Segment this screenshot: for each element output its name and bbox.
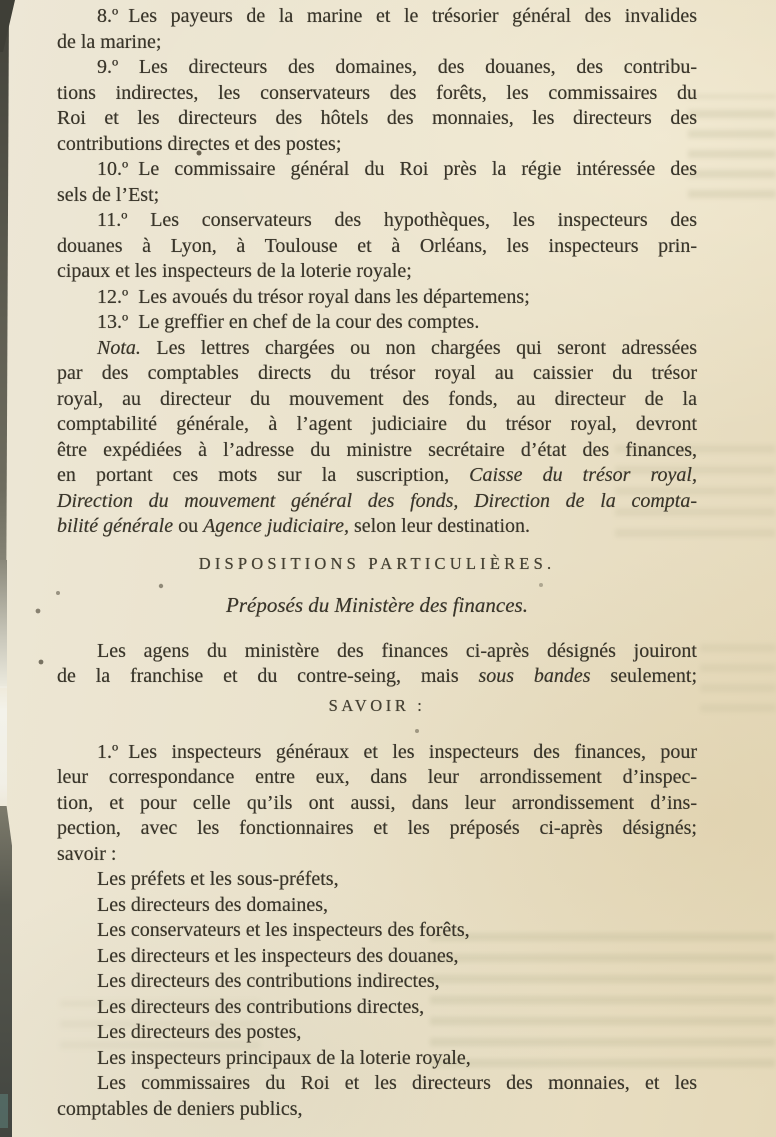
text-line: royal, au directeur du mouvement des fon… — [57, 387, 697, 413]
document-text: 8.º Les payeurs de la marine et le tréso… — [57, 4, 697, 1122]
heading-line: DISPOSITIONS PARTICULIÈRES. — [57, 554, 697, 574]
body-text: par des comptables directs du trésor roy… — [57, 362, 697, 384]
text-line: en portant ces mots sur la suscription, … — [57, 463, 697, 489]
text-line: 8.º Les payeurs de la marine et le tréso… — [57, 4, 697, 30]
text-line: Les inspecteurs principaux de la loterie… — [57, 1046, 697, 1072]
text-line: par des comptables directs du trésor roy… — [57, 361, 697, 387]
body-text: Les agens du ministère des finances ci-a… — [97, 640, 697, 662]
body-text: en portant ces mots sur la suscription, — [57, 464, 469, 486]
text-line: 9.º Les directeurs des domaines, des dou… — [57, 55, 697, 81]
body-text: Les directeurs des domaines, — [97, 894, 328, 916]
body-text: DISPOSITIONS PARTICULIÈRES. — [199, 554, 556, 573]
page-edge-tint — [0, 1094, 8, 1128]
italic-text: Direction du mouvement général des fonds… — [57, 490, 697, 512]
body-text: selon leur destination. — [349, 515, 530, 537]
body-text: savoir : — [57, 843, 116, 865]
text-line: 13.º Le greffier en chef de la cour des … — [57, 310, 697, 336]
text-line: douanes à Lyon, à Toulouse et à Orléans,… — [57, 234, 697, 260]
body-text: 8.º Les payeurs de la marine et le tréso… — [97, 5, 697, 27]
body-text: de la marine; — [57, 31, 161, 53]
italic-text: Caisse du trésor royal, — [469, 464, 697, 486]
text-line: comptables de deniers publics, — [57, 1097, 697, 1123]
body-text: contributions directes et des postes; — [57, 133, 341, 155]
body-text: tions indirectes, les conservateurs des … — [57, 82, 697, 104]
text-line: Les directeurs des contributions directe… — [57, 995, 697, 1021]
body-text: 9.º Les directeurs des domaines, des dou… — [97, 56, 697, 78]
text-line: Les directeurs des contributions indirec… — [57, 969, 697, 995]
body-text: Les conservateurs et les inspecteurs des… — [97, 919, 470, 941]
body-text: 12.º Les avoués du trésor royal dans les… — [97, 286, 530, 308]
text-line: 12.º Les avoués du trésor royal dans les… — [57, 285, 697, 311]
body-text: pection, avec les fonctionnaires et les … — [57, 817, 697, 839]
body-text: Les lettres chargées ou non chargées qui… — [141, 337, 697, 359]
text-line: Direction du mouvement général des fonds… — [57, 489, 697, 515]
bleedthrough-texture — [688, 95, 776, 210]
text-line: 10.º Le commissaire général du Roi près … — [57, 157, 697, 183]
text-line: Les directeurs des postes, — [57, 1020, 697, 1046]
page-edge-shadow-top — [0, 0, 9, 576]
body-text: seulement; — [591, 665, 697, 687]
text-line: 11.º Les conservateurs des hypothèques, … — [57, 208, 697, 234]
scanned-page: 8.º Les payeurs de la marine et le tréso… — [0, 0, 776, 1137]
text-line: 1.º Les inspecteurs généraux et les insp… — [57, 740, 697, 766]
text-line: de la marine; — [57, 30, 697, 56]
body-text: 13.º Le greffier en chef de la cour des … — [97, 311, 479, 333]
text-line: être expédiées à l’adresse du ministre s… — [57, 438, 697, 464]
body-text: ou — [173, 515, 203, 537]
body-text: 11.º Les conservateurs des hypothèques, … — [97, 209, 697, 231]
body-text: Les directeurs des contributions indirec… — [97, 970, 440, 992]
text-line: cipaux et les inspecteurs de la loterie … — [57, 259, 697, 285]
body-text: comptables de deniers publics, — [57, 1098, 303, 1120]
body-text: Les commissaires du Roi et les directeur… — [97, 1072, 697, 1094]
body-text: royal, au directeur du mouvement des fon… — [57, 388, 697, 410]
body-text: Les directeurs des contributions directe… — [97, 996, 424, 1018]
text-line: leur correspondance entre eux, dans leur… — [57, 765, 697, 791]
text-line: sels de l’Est; — [57, 183, 697, 209]
text-line: Les commissaires du Roi et les directeur… — [57, 1071, 697, 1097]
text-line: Les conservateurs et les inspecteurs des… — [57, 918, 697, 944]
page-edge-fade — [0, 560, 7, 688]
text-line: Les directeurs et les inspecteurs des do… — [57, 944, 697, 970]
italic-text: Nota. — [97, 337, 141, 359]
body-text: leur correspondance entre eux, dans leur… — [57, 766, 697, 788]
text-line: comptabilité générale, à l’agent judicia… — [57, 412, 697, 438]
body-text: Les directeurs des postes, — [97, 1021, 301, 1043]
text-line: savoir : — [57, 842, 697, 868]
text-line: Les agens du ministère des finances ci-a… — [57, 639, 697, 665]
body-text: 10.º Le commissaire général du Roi près … — [97, 158, 697, 180]
page-edge-corner — [0, 0, 15, 52]
text-line: de la franchise et du contre-seing, mais… — [57, 664, 697, 690]
bleedthrough-texture — [700, 640, 776, 724]
body-text: de la franchise et du contre-seing, mais — [57, 665, 478, 687]
page-edge-shadow-bottom — [0, 806, 12, 1137]
italic-text: sous bandes — [478, 665, 590, 687]
text-line: contributions directes et des postes; — [57, 132, 697, 158]
text-line: bilité générale ou Agence judiciaire, se… — [57, 514, 697, 540]
text-line: Les directeurs des domaines, — [57, 893, 697, 919]
text-line: tion, et pour celle qu’ils ont aussi, da… — [57, 791, 697, 817]
text-line: pection, avec les fonctionnaires et les … — [57, 816, 697, 842]
body-text: 1.º Les inspecteurs généraux et les insp… — [97, 741, 697, 763]
body-text: sels de l’Est; — [57, 184, 159, 206]
text-line: tions indirectes, les conservateurs des … — [57, 81, 697, 107]
body-text: Les préfets et les sous-préfets, — [97, 868, 339, 890]
body-text: SAVOIR : — [329, 696, 426, 715]
body-text: être expédiées à l’adresse du ministre s… — [57, 439, 697, 461]
body-text: comptabilité générale, à l’agent judicia… — [57, 413, 697, 435]
body-text: Les inspecteurs principaux de la loterie… — [97, 1047, 471, 1069]
body-text: cipaux et les inspecteurs de la loterie … — [57, 260, 412, 282]
body-text: tion, et pour celle qu’ils ont aussi, da… — [57, 792, 697, 814]
body-text: Les directeurs et les inspecteurs des do… — [97, 945, 459, 967]
body-text: douanes à Lyon, à Toulouse et à Orléans,… — [57, 235, 697, 257]
italic-text: Agence judiciaire, — [203, 515, 349, 537]
heading-line: Préposés du Ministère des finances. — [57, 592, 697, 618]
italic-text: bilité générale — [57, 515, 173, 537]
body-text: Roi et les directeurs des hôtels des mon… — [57, 107, 697, 129]
text-line: Roi et les directeurs des hôtels des mon… — [57, 106, 697, 132]
heading-line: SAVOIR : — [57, 696, 697, 716]
text-line: Nota. Les lettres chargées ou non chargé… — [57, 336, 697, 362]
page-edge-highlight — [0, 686, 7, 808]
text-line: Les préfets et les sous-préfets, — [57, 867, 697, 893]
body-text: Préposés du Ministère des finances. — [226, 593, 528, 617]
ink-specks — [0, 0, 2, 2]
